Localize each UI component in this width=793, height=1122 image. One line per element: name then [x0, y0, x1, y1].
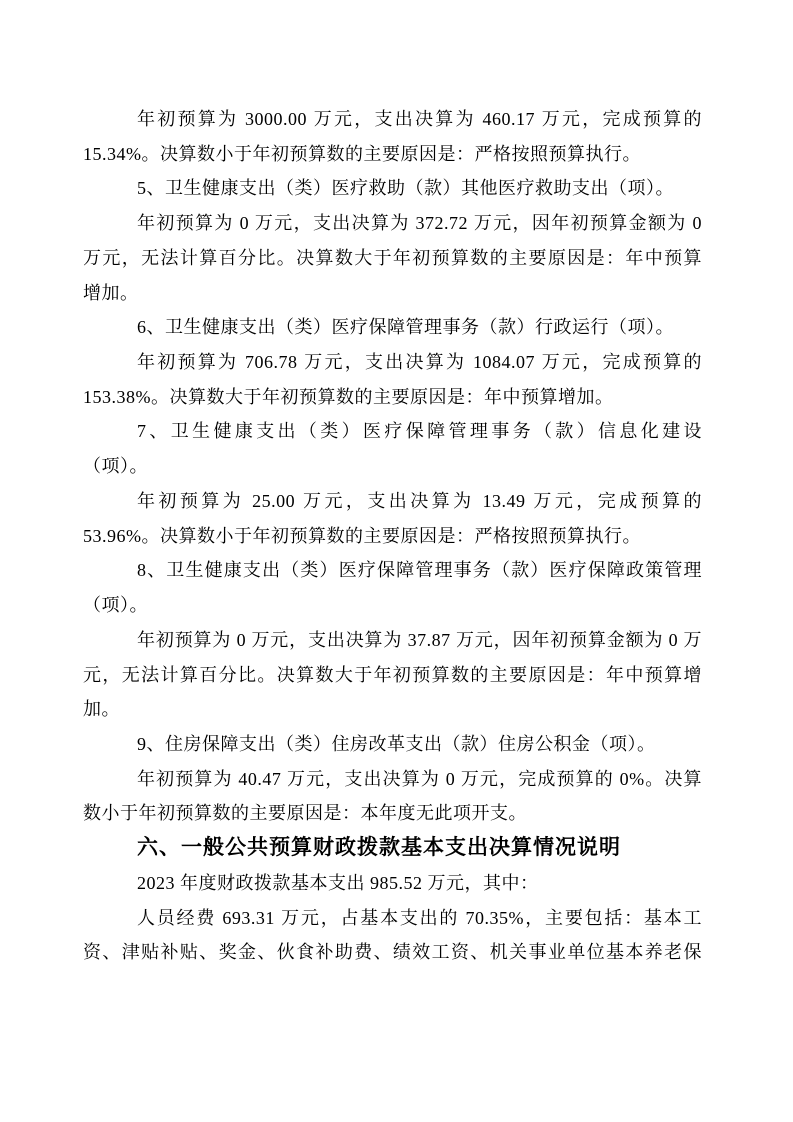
text-line: 数小于年初预算数的主要原因是：本年度无此项开支。	[83, 796, 702, 831]
text-line-item-9: 9、住房保障支出（类）住房改革支出（款）住房公积金（项）。	[83, 727, 702, 762]
text-line: 年初预算为 40.47 万元，支出决算为 0 万元，完成预算的 0%。决算	[83, 762, 702, 797]
text-line-item-8: 8、卫生健康支出（类）医疗保障管理事务（款）医疗保障政策管理	[83, 553, 702, 588]
text-line: 人员经费 693.31 万元，占基本支出的 70.35%，主要包括：基本工	[83, 901, 702, 936]
text-line: （项）。	[83, 449, 702, 484]
text-line: 年初预算为 0 万元，支出决算为 372.72 万元，因年初预算金额为 0	[83, 206, 702, 241]
text-line: （项）。	[83, 588, 702, 623]
text-line: 年初预算为 3000.00 万元，支出决算为 460.17 万元，完成预算的	[83, 102, 702, 137]
document-page: 年初预算为 3000.00 万元，支出决算为 460.17 万元，完成预算的 1…	[0, 0, 793, 1122]
text-line: 53.96%。决算数小于年初预算数的主要原因是：严格按照预算执行。	[83, 519, 702, 554]
text-line-item-6: 6、卫生健康支出（类）医疗保障管理事务（款）行政运行（项）。	[83, 310, 702, 345]
text-line: 153.38%。决算数大于年初预算数的主要原因是：年中预算增加。	[83, 380, 702, 415]
text-line: 2023 年度财政拨款基本支出 985.52 万元，其中：	[83, 866, 702, 901]
text-line-item-5: 5、卫生健康支出（类）医疗救助（款）其他医疗救助支出（项）。	[83, 171, 702, 206]
text-line: 年初预算为 706.78 万元，支出决算为 1084.07 万元，完成预算的	[83, 345, 702, 380]
text-line: 万元，无法计算百分比。决算数大于年初预算数的主要原因是：年中预算	[83, 241, 702, 276]
text-line-item-7: 7、卫生健康支出（类）医疗保障管理事务（款）信息化建设	[83, 414, 702, 449]
text-line: 年初预算为 0 万元，支出决算为 37.87 万元，因年初预算金额为 0 万	[83, 623, 702, 658]
text-line: 资、津贴补贴、奖金、伙食补助费、绩效工资、机关事业单位基本养老保	[83, 935, 702, 970]
text-line: 增加。	[83, 276, 702, 311]
text-line: 元，无法计算百分比。决算数大于年初预算数的主要原因是：年中预算增	[83, 658, 702, 693]
text-line: 加。	[83, 692, 702, 727]
text-line: 年初预算为 25.00 万元，支出决算为 13.49 万元，完成预算的	[83, 484, 702, 519]
section-heading: 六、一般公共预算财政拨款基本支出决算情况说明	[83, 831, 702, 866]
text-line: 15.34%。决算数小于年初预算数的主要原因是：严格按照预算执行。	[83, 137, 702, 172]
text-content: 年初预算为 3000.00 万元，支出决算为 460.17 万元，完成预算的 1…	[83, 102, 702, 970]
